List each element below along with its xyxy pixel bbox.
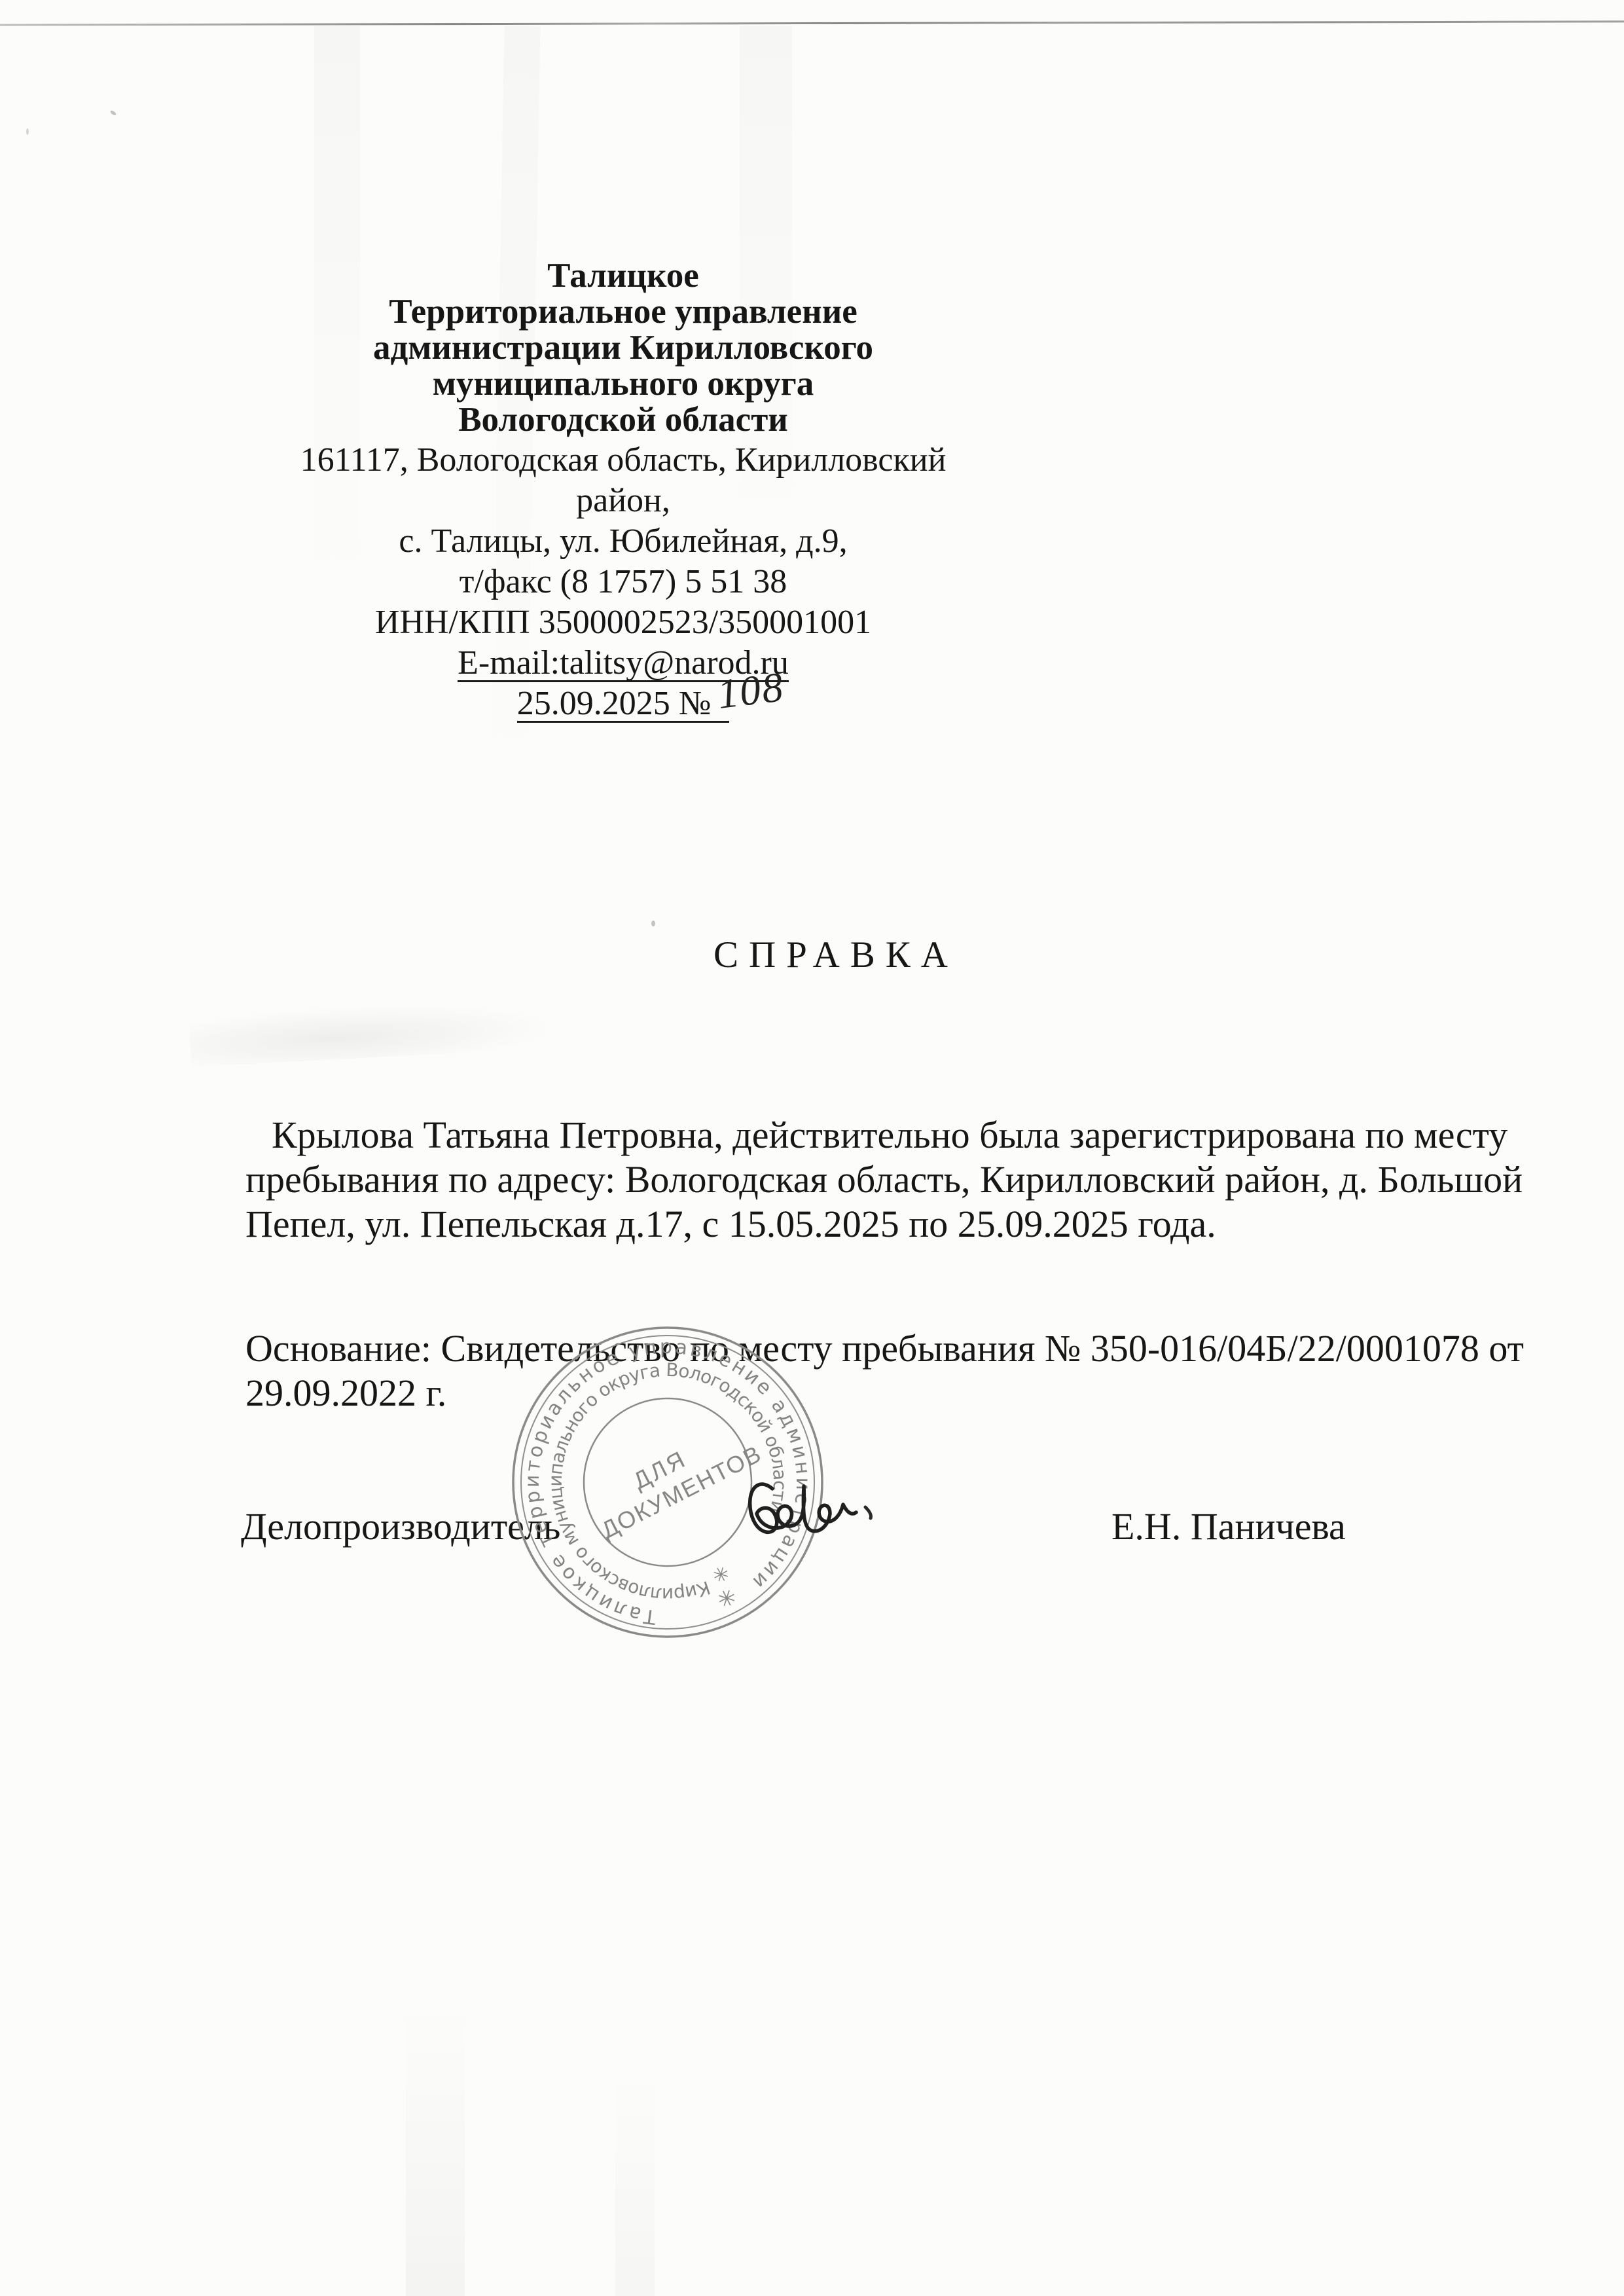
address-line: ИНН/КПП 3500002523/350001001	[276, 602, 970, 643]
org-line: муниципального округа	[276, 366, 970, 402]
basis-line: 29.09.2022 г.	[245, 1371, 446, 1415]
scan-streak	[615, 2062, 655, 2296]
handwritten-doc-number: 108	[715, 663, 787, 719]
document-title: СПРАВКА	[713, 934, 958, 976]
stamp-ring-text-inner: Кирилловского муниципального округа Воло…	[545, 1359, 791, 1605]
org-line: Вологодской области	[276, 402, 970, 438]
date-text: 25.09.2025 №	[517, 687, 730, 723]
body-line: пребывания по адресу: Вологодская област…	[245, 1157, 1523, 1202]
address-line: 161117, Вологодская область, Кирилловски…	[276, 440, 970, 481]
stamp-svg: Талицкое территориальное управление адми…	[497, 1312, 890, 1652]
official-stamp: Талицкое территориальное управление адми…	[497, 1312, 890, 1652]
body-line: Пепел, ул. Пепельская д.17, с 15.05.2025…	[245, 1202, 1216, 1247]
letterhead-address: 161117, Вологодская область, Кирилловски…	[276, 440, 970, 724]
address-line: район,	[276, 481, 970, 521]
email-line: E-mail:talitsy@narod.ru	[276, 643, 970, 683]
dust-speck	[651, 920, 655, 926]
body-line: Крылова Татьяна Петровна, действительно …	[272, 1113, 1507, 1157]
stamp-asterisk-icon: ✳	[713, 1583, 742, 1615]
dust-speck	[109, 110, 117, 117]
letterhead-org-name: Талицкое Территориальное управление адми…	[276, 258, 970, 438]
org-line: Территориальное управление	[276, 294, 970, 330]
signature-ink-dash	[865, 1507, 871, 1518]
dust-speck	[26, 128, 29, 135]
paper-crease-smudge	[189, 995, 557, 1066]
address-line: т/факс (8 1757) 5 51 38	[276, 562, 970, 602]
signer-name: Е.Н. Паничева	[1111, 1504, 1346, 1549]
scanned-certificate-page: Талицкое Территориальное управление адми…	[0, 0, 1624, 2296]
stamp-inner-textpath: Кирилловского муниципального округа Воло…	[545, 1359, 791, 1605]
scan-streak	[406, 1997, 465, 2296]
scanner-line-artifact	[0, 20, 1624, 26]
date-number-line: 25.09.2025 №	[276, 683, 970, 724]
stamp-center-text: ДЛЯ ДОКУМЕНТОВ	[584, 1413, 767, 1544]
org-line: Талицкое	[276, 258, 970, 294]
org-line: администрации Кирилловского	[276, 330, 970, 366]
address-line: с. Талицы, ул. Юбилейная, д.9,	[276, 521, 970, 562]
